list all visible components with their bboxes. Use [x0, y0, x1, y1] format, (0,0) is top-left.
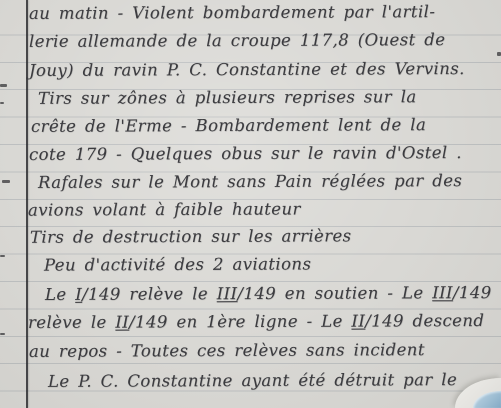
manuscript-line: Rafales sur le Mont sans Pain réglées pa… [38, 171, 462, 193]
manuscript-line: Tirs sur zônes à plusieurs reprises sur … [38, 87, 417, 109]
manuscript-text: /149 en soutien - Le [237, 283, 432, 303]
scan-speck [0, 255, 5, 257]
manuscript-line: Le I/149 relève le III/149 en soutien - … [45, 283, 492, 305]
manuscript-text: /149 [453, 283, 492, 302]
manuscript-line: Jouy) du ravin P. C. Constantine et des … [29, 59, 465, 81]
scan-speck [497, 52, 501, 56]
scan-speck [0, 84, 7, 87]
scanned-page: au matin - Violent bombardement par l'ar… [0, 0, 501, 408]
manuscript-text: /149 en 1ère ligne - Le [129, 312, 351, 332]
battalion-numeral-underlined: III [217, 284, 238, 303]
battalion-numeral-underlined: II [115, 313, 129, 332]
manuscript-line: cote 179 - Quelques obus sur le ravin d'… [29, 143, 462, 165]
manuscript-line: lerie allemande de la croupe 117,8 (Oues… [29, 30, 445, 52]
scan-speck [0, 102, 4, 104]
manuscript-line: Le P. C. Constantine ayant été détruit p… [48, 370, 457, 392]
manuscript-text: relève le [28, 313, 115, 332]
battalion-numeral-underlined: II [351, 312, 365, 331]
manuscript-line: au repos - Toutes ces relèves sans incid… [29, 340, 425, 362]
manuscript-text: /149 descend [365, 311, 484, 331]
scan-speck [0, 333, 5, 335]
manuscript-line: avions volant à faible hauteur [28, 199, 301, 220]
manuscript-line: Peu d'activité des 2 aviations [44, 254, 311, 275]
battalion-numeral-underlined: III [432, 283, 453, 302]
manuscript-line: Tirs de destruction sur les arrières [30, 226, 352, 247]
manuscript-line: crête de l'Erme - Bombardement lent de l… [31, 115, 426, 137]
manuscript-text: /149 relève le [82, 284, 217, 304]
scan-speck [2, 180, 10, 183]
manuscript-line: au matin - Violent bombardement par l'ar… [29, 2, 435, 24]
manuscript-line: relève le II/149 en 1ère ligne - Le II/1… [28, 311, 484, 333]
manuscript-text: Le [45, 285, 75, 304]
